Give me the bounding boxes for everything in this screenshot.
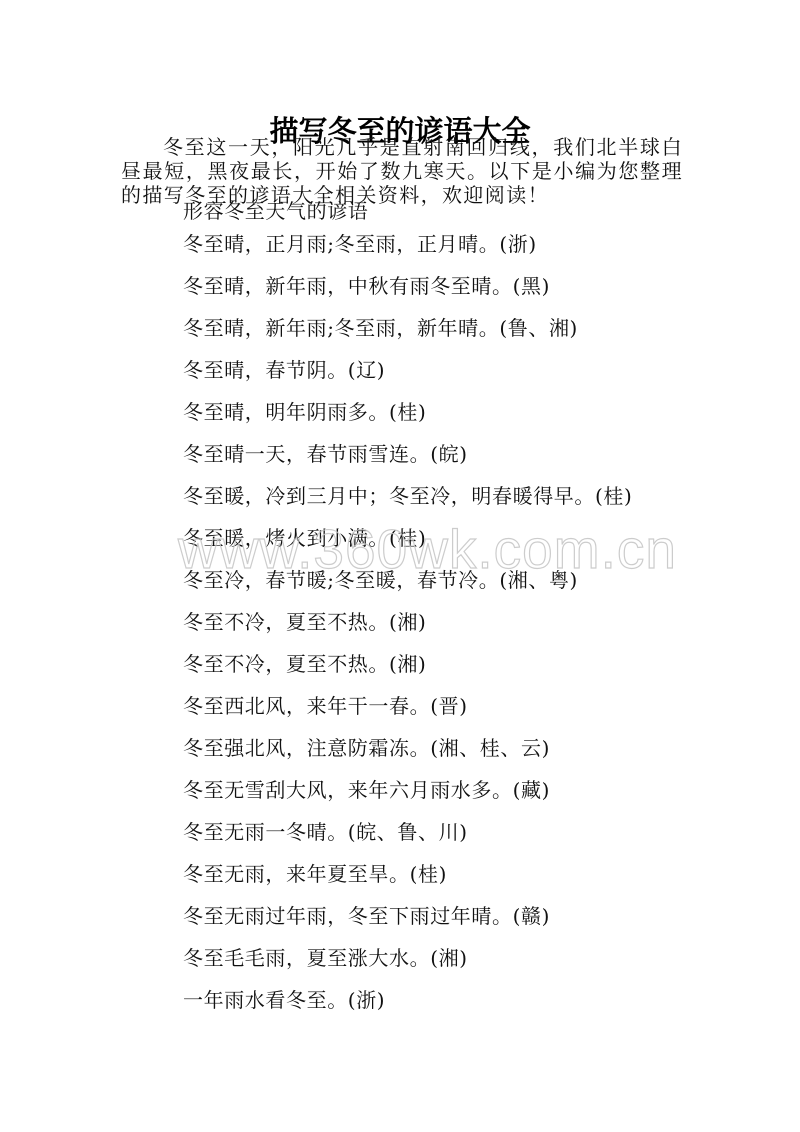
saying-item: 一年雨水看冬至。(浙) [183, 988, 632, 1030]
saying-item: 冬至晴，明年阴雨多。(桂) [183, 400, 632, 442]
saying-item: 冬至强北风，注意防霜冻。(湘、桂、云) [183, 736, 632, 778]
saying-list: 冬至晴，正月雨;冬至雨，正月晴。(浙) 冬至晴，新年雨，中秋有雨冬至晴。(黑) … [183, 232, 632, 1030]
saying-item: 冬至晴，新年雨;冬至雨，新年晴。(鲁、湘) [183, 316, 632, 358]
saying-item: 冬至西北风，来年干一春。(晋) [183, 694, 632, 736]
saying-item: 冬至冷，春节暖;冬至暖，春节冷。(湘、粤) [183, 568, 632, 610]
saying-item: 冬至晴，新年雨，中秋有雨冬至晴。(黑) [183, 274, 632, 316]
saying-item: 冬至无雨一冬晴。(皖、鲁、川) [183, 820, 632, 862]
document-page: 描写冬至的谚语大全 冬至这一天，阳光几乎是直射南回归线，我们北半球白昼最短，黑夜… [0, 0, 800, 1132]
section-heading: 形容冬至天气的谚语 [183, 199, 368, 223]
saying-item: 冬至不冷，夏至不热。(湘) [183, 610, 632, 652]
saying-item: 冬至无雨过年雨，冬至下雨过年晴。(赣) [183, 904, 632, 946]
saying-item: 冬至无雨，来年夏至旱。(桂) [183, 862, 632, 904]
saying-item: 冬至晴，春节阴。(辽) [183, 358, 632, 400]
saying-item: 冬至无雪刮大风，来年六月雨水多。(藏) [183, 778, 632, 820]
saying-item: 冬至晴，正月雨;冬至雨，正月晴。(浙) [183, 232, 632, 274]
saying-item: 冬至晴一天，春节雨雪连。(皖) [183, 442, 632, 484]
saying-item: 冬至暖，冷到三月中；冬至冷，明春暖得早。(桂) [183, 484, 632, 526]
saying-item: 冬至毛毛雨，夏至涨大水。(湘) [183, 946, 632, 988]
saying-item: 冬至不冷，夏至不热。(湘) [183, 652, 632, 694]
intro-paragraph: 冬至这一天，阳光几乎是直射南回归线，我们北半球白昼最短，黑夜最长，开始了数九寒天… [121, 135, 683, 207]
saying-item: 冬至暖，烤火到小满。(桂) [183, 526, 632, 568]
